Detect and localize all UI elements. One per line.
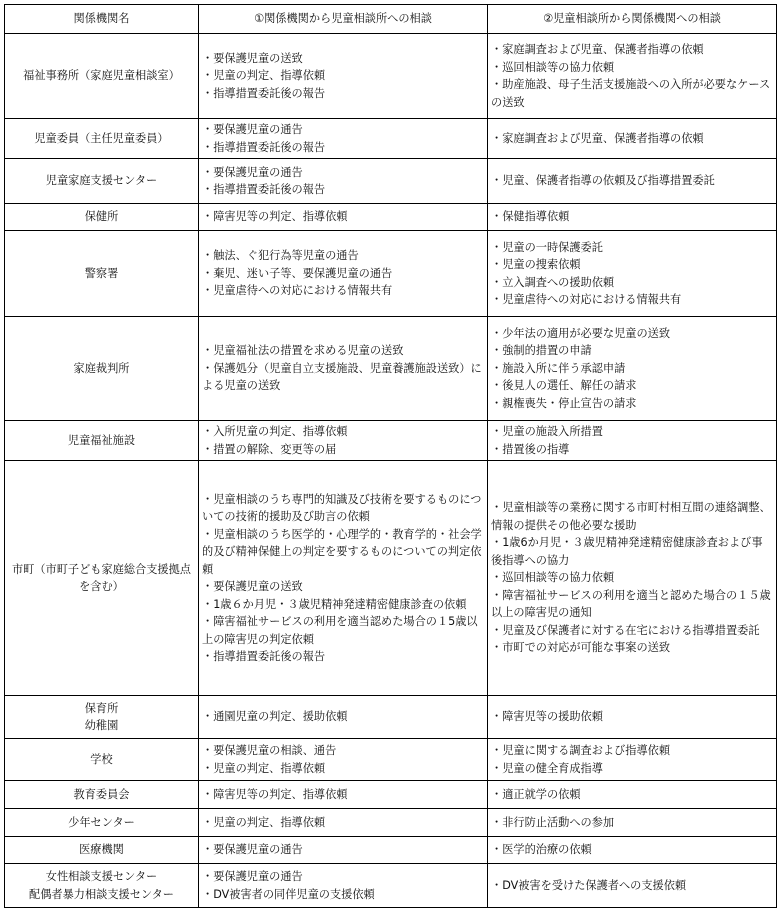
- list-item: ・医学的治療の依頼: [491, 841, 773, 859]
- list-item: ・児童相談のうち医学的・心理学的・教育学的・社会学的及び精神保健上の判定を要する…: [202, 526, 484, 579]
- agency-name-cell: 学校: [5, 739, 199, 781]
- list-item: ・児童福祉法の措置を求める児童の送致: [202, 342, 484, 360]
- list-item: ・触法、ぐ犯行為等児童の通告: [202, 247, 484, 265]
- from-center-cell: ・医学的治療の依頼: [488, 837, 777, 864]
- list-item: ・児童の施設入所措置: [491, 423, 773, 441]
- list-item: ・児童、保護者指導の依頼及び指導措置委託: [491, 172, 773, 190]
- agency-name-cell: 保健所: [5, 204, 199, 231]
- from-center-cell: ・児童、保護者指導の依頼及び指導措置委託: [488, 159, 777, 204]
- list-item: ・市町での対応が可能な事案の送致: [491, 639, 773, 657]
- list-item: ・障害児等の判定、指導依頼: [202, 786, 484, 804]
- list-item: ・施設入所に伴う承認申請: [491, 360, 773, 378]
- list-item: ・児童相談のうち専門的知識及び技術を要するものについての技術的援助及び助言の依頼: [202, 491, 484, 526]
- list-item: ・障害児等の判定、指導依頼: [202, 208, 484, 226]
- to-center-cell: ・障害児等の判定、指導依頼: [199, 204, 488, 231]
- header-from-center: ②児童相談所から関係機関への相談: [488, 5, 777, 34]
- list-item: ・強制的措置の申請: [491, 342, 773, 360]
- agency-name-line: 幼稚園: [8, 717, 195, 735]
- from-center-cell: ・家庭調査および児童、保護者指導の依頼: [488, 119, 777, 159]
- table-row: 医療機関・要保護児童の通告・医学的治療の依頼: [5, 837, 777, 864]
- list-item: ・DV被害を受けた保護者への支援依頼: [491, 877, 773, 895]
- list-item: ・要保護児童の通告: [202, 164, 484, 182]
- from-center-cell: ・非行防止活動への参加: [488, 809, 777, 837]
- list-item: ・児童虐待への対応における情報共有: [202, 282, 484, 300]
- list-item: ・障害福祉サービスの利用を適当と認めた場合の１５歳以上の障害児の通知: [491, 587, 773, 622]
- list-item: ・親権喪失・停止宣告の請求: [491, 395, 773, 413]
- table-header-row: 関係機関名 ①関係機関から児童相談所への相談 ②児童相談所から関係機関への相談: [5, 5, 777, 34]
- agency-name-cell: 教育委員会: [5, 781, 199, 809]
- list-item: ・児童の捜索依頼: [491, 256, 773, 274]
- table-row: 学校・要保護児童の相談、通告・児童の判定、指導依頼・児童に関する調査および指導依…: [5, 739, 777, 781]
- from-center-cell: ・家庭調査および児童、保護者指導の依頼・巡回相談等の協力依頼・助産施設、母子生活…: [488, 34, 777, 119]
- list-item: ・要保護児童の通告: [202, 868, 484, 886]
- from-center-cell: ・児童に関する調査および指導依頼・児童の健全育成指導: [488, 739, 777, 781]
- table-row: 家庭裁判所・児童福祉法の措置を求める児童の送致・保護処分（児童自立支援施設、児童…: [5, 317, 777, 421]
- list-item: ・児童の判定、指導依頼: [202, 67, 484, 85]
- to-center-cell: ・要保護児童の通告: [199, 837, 488, 864]
- from-center-cell: ・児童の施設入所措置・措置後の指導: [488, 421, 777, 461]
- table-row: 児童家庭支援センター・要保護児童の通告・指導措置委託後の報告・児童、保護者指導の…: [5, 159, 777, 204]
- table-row: 市町（市町子ども家庭総合支援拠点を含む）・児童相談のうち専門的知識及び技術を要す…: [5, 461, 777, 696]
- list-item: ・立入調査への援助依頼: [491, 274, 773, 292]
- from-center-cell: ・児童の一時保護委託・児童の捜索依頼・立入調査への援助依頼・児童虐待への対応にお…: [488, 231, 777, 317]
- list-item: ・適正就学の依頼: [491, 786, 773, 804]
- agency-name: 児童家庭支援センター: [46, 174, 157, 187]
- agency-name-cell: 児童福祉施設: [5, 421, 199, 461]
- list-item: ・巡回相談等の協力依頼: [491, 59, 773, 77]
- agency-consultation-table: 関係機関名 ①関係機関から児童相談所への相談 ②児童相談所から関係機関への相談 …: [4, 4, 777, 908]
- agency-name-cell: 児童家庭支援センター: [5, 159, 199, 204]
- table-row: 警察署・触法、ぐ犯行為等児童の通告・棄児、迷い子等、要保護児童の通告・児童虐待へ…: [5, 231, 777, 317]
- list-item: ・少年法の適用が必要な児童の送致: [491, 325, 773, 343]
- agency-name: 教育委員会: [74, 788, 130, 801]
- list-item: ・児童及び保護者に対する在宅における指導措置委託: [491, 622, 773, 640]
- table-row: 少年センター・児童の判定、指導依頼・非行防止活動への参加: [5, 809, 777, 837]
- agency-name: 市町（市町子ども家庭総合支援拠点を含む）: [8, 561, 195, 596]
- list-item: ・1歳6か月児・３歳児精神発達精密健康診査および事後指導への協力: [491, 534, 773, 569]
- agency-name: 警察署: [85, 267, 119, 280]
- table-row: 教育委員会・障害児等の判定、指導依頼・適正就学の依頼: [5, 781, 777, 809]
- list-item: ・指導措置委託後の報告: [202, 85, 484, 103]
- to-center-cell: ・要保護児童の通告・DV被害者の同伴児童の支援依頼: [199, 864, 488, 908]
- list-item: ・児童虐待への対応における情報共有: [491, 291, 773, 309]
- agency-name-line: 配偶者暴力相談支援センター: [8, 886, 195, 904]
- list-item: ・児童の健全育成指導: [491, 760, 773, 778]
- agency-name-cell: 女性相談支援センター配偶者暴力相談支援センター: [5, 864, 199, 908]
- agency-name: 少年センター: [68, 816, 135, 829]
- list-item: ・要保護児童の送致: [202, 50, 484, 68]
- from-center-cell: ・少年法の適用が必要な児童の送致・強制的措置の申請・施設入所に伴う承認申請・後見…: [488, 317, 777, 421]
- agency-name-cell: 警察署: [5, 231, 199, 317]
- agency-name-cell: 家庭裁判所: [5, 317, 199, 421]
- list-item: ・棄児、迷い子等、要保護児童の通告: [202, 265, 484, 283]
- list-item: ・措置後の指導: [491, 441, 773, 459]
- to-center-cell: ・児童福祉法の措置を求める児童の送致・保護処分（児童自立支援施設、児童養護施設送…: [199, 317, 488, 421]
- agency-name: 保健所: [85, 210, 119, 223]
- list-item: ・保護処分（児童自立支援施設、児童養護施設送致）による児童の送致: [202, 360, 484, 395]
- to-center-cell: ・入所児童の判定、指導依頼・措置の解除、変更等の届: [199, 421, 488, 461]
- agency-name: 児童委員（主任児童委員）: [34, 132, 168, 145]
- from-center-cell: ・児童相談等の業務に関する市町村相互間の連絡調整、情報の提供その他必要な援助・1…: [488, 461, 777, 696]
- to-center-cell: ・要保護児童の送致・児童の判定、指導依頼・指導措置委託後の報告: [199, 34, 488, 119]
- to-center-cell: ・要保護児童の相談、通告・児童の判定、指導依頼: [199, 739, 488, 781]
- agency-name: 学校: [90, 753, 112, 766]
- to-center-cell: ・障害児等の判定、指導依頼: [199, 781, 488, 809]
- table-row: 保健所・障害児等の判定、指導依頼・保健指導依頼: [5, 204, 777, 231]
- agency-name-line: 女性相談支援センター: [8, 868, 195, 886]
- agency-name-cell: 市町（市町子ども家庭総合支援拠点を含む）: [5, 461, 199, 696]
- list-item: ・児童の一時保護委託: [491, 239, 773, 257]
- to-center-cell: ・触法、ぐ犯行為等児童の通告・棄児、迷い子等、要保護児童の通告・児童虐待への対応…: [199, 231, 488, 317]
- table-body: 福祉事務所（家庭児童相談室）・要保護児童の送致・児童の判定、指導依頼・指導措置委…: [5, 34, 777, 908]
- list-item: ・後見人の選任、解任の請求: [491, 377, 773, 395]
- list-item: ・DV被害者の同伴児童の支援依頼: [202, 886, 484, 904]
- list-item: ・障害児等の援助依頼: [491, 708, 773, 726]
- agency-name-cell: 児童委員（主任児童委員）: [5, 119, 199, 159]
- agency-name-cell: 福祉事務所（家庭児童相談室）: [5, 34, 199, 119]
- list-item: ・児童の判定、指導依頼: [202, 814, 484, 832]
- agency-name: 児童福祉施設: [68, 434, 135, 447]
- list-item: ・児童に関する調査および指導依頼: [491, 742, 773, 760]
- to-center-cell: ・要保護児童の通告・指導措置委託後の報告: [199, 159, 488, 204]
- list-item: ・1歳６か月児・３歳児精神発達精密健康診査の依頼: [202, 596, 484, 614]
- list-item: ・児童相談等の業務に関する市町村相互間の連絡調整、情報の提供その他必要な援助: [491, 499, 773, 534]
- from-center-cell: ・DV被害を受けた保護者への支援依頼: [488, 864, 777, 908]
- list-item: ・措置の解除、変更等の届: [202, 441, 484, 459]
- to-center-cell: ・通園児童の判定、援助依頼: [199, 696, 488, 739]
- from-center-cell: ・適正就学の依頼: [488, 781, 777, 809]
- list-item: ・障害福祉サービスの利用を適当認めた場合の１5歳以上の障害児の判定依頼: [202, 613, 484, 648]
- table-row: 女性相談支援センター配偶者暴力相談支援センター・要保護児童の通告・DV被害者の同…: [5, 864, 777, 908]
- table-row: 児童福祉施設・入所児童の判定、指導依頼・措置の解除、変更等の届・児童の施設入所措…: [5, 421, 777, 461]
- table-row: 保育所幼稚園・通園児童の判定、援助依頼・障害児等の援助依頼: [5, 696, 777, 739]
- list-item: ・要保護児童の送致: [202, 578, 484, 596]
- list-item: ・家庭調査および児童、保護者指導の依頼: [491, 130, 773, 148]
- list-item: ・入所児童の判定、指導依頼: [202, 423, 484, 441]
- list-item: ・児童の判定、指導依頼: [202, 760, 484, 778]
- to-center-cell: ・児童の判定、指導依頼: [199, 809, 488, 837]
- list-item: ・指導措置委託後の報告: [202, 181, 484, 199]
- agency-name-cell: 保育所幼稚園: [5, 696, 199, 739]
- list-item: ・通園児童の判定、援助依頼: [202, 708, 484, 726]
- table-row: 児童委員（主任児童委員）・要保護児童の通告・指導措置委託後の報告・家庭調査および…: [5, 119, 777, 159]
- to-center-cell: ・要保護児童の通告・指導措置委託後の報告: [199, 119, 488, 159]
- agency-name: 福祉事務所（家庭児童相談室）: [23, 69, 180, 82]
- list-item: ・保健指導依頼: [491, 208, 773, 226]
- list-item: ・要保護児童の相談、通告: [202, 742, 484, 760]
- list-item: ・家庭調査および児童、保護者指導の依頼: [491, 41, 773, 59]
- agency-name-line: 保育所: [8, 700, 195, 718]
- agency-name-cell: 医療機関: [5, 837, 199, 864]
- list-item: ・要保護児童の通告: [202, 121, 484, 139]
- list-item: ・巡回相談等の協力依頼: [491, 569, 773, 587]
- list-item: ・指導措置委託後の報告: [202, 648, 484, 666]
- from-center-cell: ・保健指導依頼: [488, 204, 777, 231]
- header-agency-name: 関係機関名: [5, 5, 199, 34]
- list-item: ・非行防止活動への参加: [491, 814, 773, 832]
- from-center-cell: ・障害児等の援助依頼: [488, 696, 777, 739]
- list-item: ・助産施設、母子生活支援施設への入所が必要なケースの送致: [491, 76, 773, 111]
- table-row: 福祉事務所（家庭児童相談室）・要保護児童の送致・児童の判定、指導依頼・指導措置委…: [5, 34, 777, 119]
- list-item: ・要保護児童の通告: [202, 841, 484, 859]
- to-center-cell: ・児童相談のうち専門的知識及び技術を要するものについての技術的援助及び助言の依頼…: [199, 461, 488, 696]
- list-item: ・指導措置委託後の報告: [202, 139, 484, 157]
- agency-name: 医療機関: [79, 843, 124, 856]
- agency-name-cell: 少年センター: [5, 809, 199, 837]
- agency-name: 家庭裁判所: [74, 362, 130, 375]
- header-to-center: ①関係機関から児童相談所への相談: [199, 5, 488, 34]
